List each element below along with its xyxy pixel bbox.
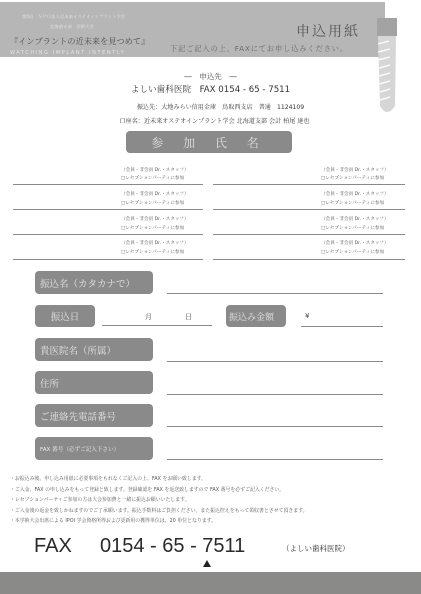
note-item: ・本学術大会出席による IPOI 学会資格所得および更新用の獲得単位は、20 単…	[10, 516, 415, 527]
month-label: 月	[145, 312, 152, 322]
transfer-amount-label: 振込み金額	[226, 305, 286, 327]
reception-checkbox-left[interactable]: □レセプションパーティに参加	[121, 200, 184, 206]
role-text: （会員・非会員 Dr.・スタッフ）	[321, 240, 389, 246]
role-text: （会員・非会員 Dr.・スタッフ）	[121, 167, 189, 173]
name-field-right[interactable]	[213, 184, 405, 185]
phone-field[interactable]	[167, 426, 383, 427]
conference-branch: 北海道支部 学術大会	[50, 24, 94, 30]
address-field[interactable]	[167, 394, 383, 395]
form-title: 申込用紙	[296, 21, 360, 41]
notes-list: ・お振込み後、申し込み用紙に必要事項をもれなくご記入の上、FAX をお願い致しま…	[10, 474, 415, 527]
header-band: 第5回 ＮＰＯ法人近未来オステオインプラント学会 北海道支部 学術大会 『インプ…	[0, 2, 385, 57]
footer-band	[0, 572, 421, 594]
fax-number-label: FAX 番号（必ずご記入下さい）	[35, 437, 153, 460]
role-text: （会員・非会員 Dr.・スタッフ）	[121, 216, 189, 222]
name-field-right[interactable]	[213, 209, 405, 210]
reception-checkbox-right[interactable]: □レセプションパーティに参加	[321, 200, 384, 206]
fax-number: 0154 - 65 - 7511	[100, 535, 245, 558]
transfer-name-field[interactable]	[167, 293, 383, 294]
fax-clinic: （よしい歯科医院）	[282, 543, 350, 554]
clinic-name-label: 貴医院名（所属）	[35, 338, 153, 361]
participant-names-heading: 参 加 氏 名	[126, 131, 292, 153]
clinic-name-field[interactable]	[167, 361, 383, 362]
reception-checkbox-left[interactable]: □レセプションパーティに参加	[121, 225, 184, 231]
transfer-name-label: 振込名（カタカナで）	[35, 271, 153, 294]
name-field-left[interactable]	[13, 209, 203, 210]
name-field-left[interactable]	[13, 234, 203, 235]
note-item: ・お振込み後、申し込み用紙に必要事項をもれなくご記入の上、FAX をお願い致しま…	[10, 474, 415, 485]
note-item: ・レセプションパーティご参加の方は大会参加費と一緒に振込お願いいたします。	[10, 495, 415, 506]
reception-checkbox-left[interactable]: □レセプションパーティに参加	[121, 249, 184, 255]
day-label: 日	[185, 312, 192, 322]
note-item: ・ご入金後の返金を致しかねますのでご了承願います。振込手数料はご負担ください。ま…	[10, 506, 415, 517]
reception-checkbox-right[interactable]: □レセプションパーティに参加	[321, 225, 384, 231]
conference-name: 第5回 ＮＰＯ法人近未来オステオインプラント学会	[22, 14, 125, 20]
note-item: ・ご入金、FAX の申し込みをもって登録と致します。登録確認を FAX を返送致…	[10, 485, 415, 496]
name-field-left[interactable]	[13, 259, 203, 260]
address-label: 住所	[35, 371, 153, 394]
role-text: （会員・非会員 Dr.・スタッフ）	[321, 216, 389, 222]
account-name: 口座名：近未来オステオインプラント学会 北海道支部 会計 柏尾 達也	[8, 116, 421, 125]
transfer-date-label: 振込日	[35, 305, 95, 327]
form-instruction: 下記ご記入の上、FAXにてお申し込みください。	[170, 44, 348, 54]
role-text: （会員・非会員 Dr.・スタッフ）	[121, 191, 189, 197]
transfer-date-field[interactable]	[102, 325, 212, 326]
name-field-right[interactable]	[213, 234, 405, 235]
bank-details: 振込先：大地みらい信用金庫 鳥取西支店 普通 1124109	[20, 102, 421, 111]
destination-clinic-fax: よしい歯科医院 FAX 0154 - 65 - 7511	[0, 83, 421, 95]
role-text: （会員・非会員 Dr.・スタッフ）	[121, 240, 189, 246]
role-text: （会員・非会員 Dr.・スタッフ）	[321, 191, 389, 197]
phone-label: ご連絡先電話番号	[35, 404, 153, 427]
name-field-right[interactable]	[213, 259, 405, 260]
reception-checkbox-right[interactable]: □レセプションパーティに参加	[321, 175, 384, 181]
reception-checkbox-left[interactable]: □レセプションパーティに参加	[121, 175, 184, 181]
triangle-marker-icon	[203, 560, 211, 567]
fax-label: FAX	[34, 535, 72, 558]
reception-checkbox-right[interactable]: □レセプションパーティに参加	[321, 249, 384, 255]
destination-label: ― 申込先 ―	[0, 71, 421, 82]
transfer-amount-field[interactable]	[301, 326, 383, 327]
conference-tagline: WATCHING IMPLANT INTENTLY	[10, 50, 125, 56]
fax-number-field[interactable]	[167, 459, 383, 460]
conference-theme: 『インプラントの近未来を見つめて』	[10, 36, 149, 47]
name-field-left[interactable]	[13, 184, 203, 185]
yen-symbol: ¥	[305, 312, 309, 320]
role-text: （会員・非会員 Dr.・スタッフ）	[321, 167, 389, 173]
